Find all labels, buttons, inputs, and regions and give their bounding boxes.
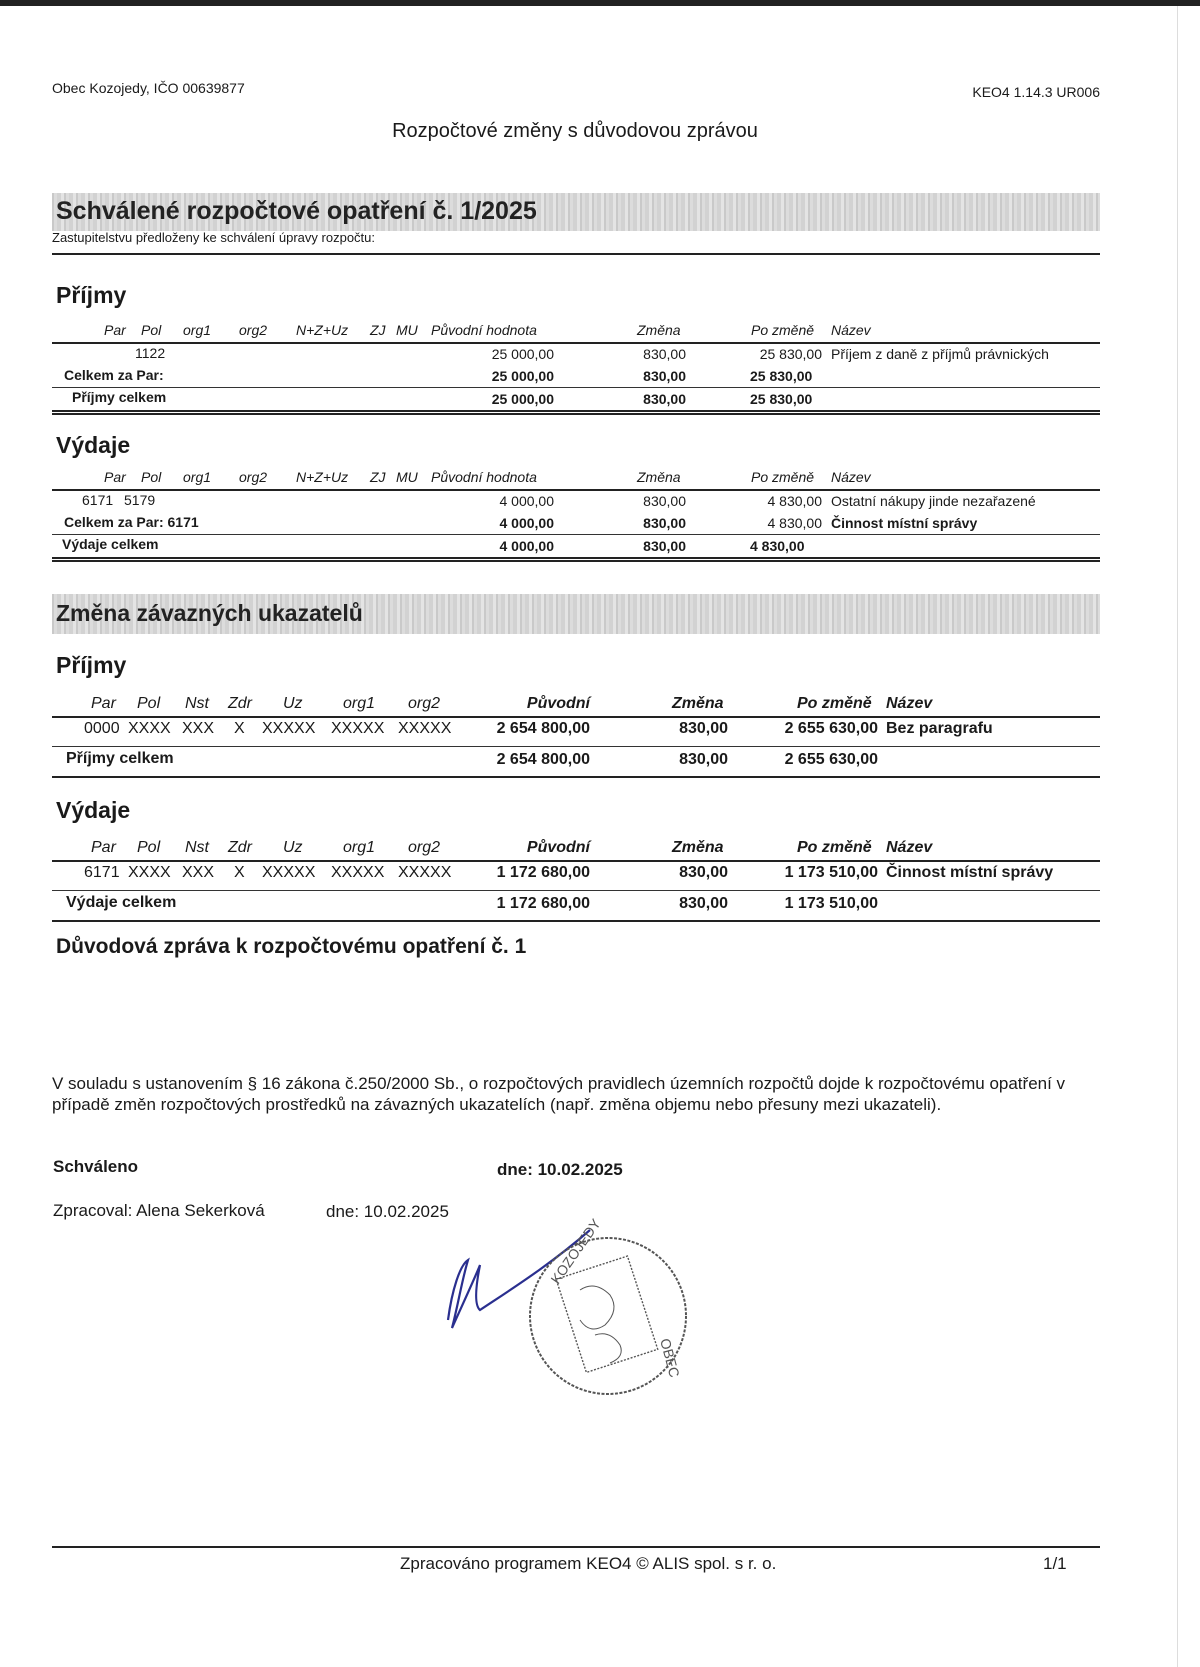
total-after: 25 830,00 [750,391,812,407]
cell-original: 25 000,00 [440,346,554,362]
measure-subtitle: Zastupitelstvu předloženy ke schválení ú… [52,230,375,245]
double-divider [52,557,1100,562]
cell-pol: 1122 [135,345,165,361]
col-nst: Nst [185,839,209,857]
cell-original: 4 000,00 [440,493,554,509]
col-nst: Nst [185,695,209,713]
total-original: 4 000,00 [440,538,554,554]
col-org2: org2 [239,469,267,485]
document-title: Rozpočtové změny s důvodovou zprávou [0,120,1150,143]
total-label: Výdaje celkem [66,894,176,912]
total-change: 830,00 [600,391,686,407]
total-change: 830,00 [620,751,728,769]
cell-original: 1 172 680,00 [460,864,590,882]
justification-text: V souladu s ustanovením § 16 zákona č.25… [52,1073,1102,1115]
col-par: Par [104,469,126,485]
col-original: Původní hodnota [431,322,537,338]
approved-label: Schváleno [53,1157,138,1177]
cell-name: Ostatní nákupy jinde nezařazené [831,493,1036,509]
col-nzuz: N+Z+Uz [296,469,348,485]
total-original: 2 654 800,00 [460,751,590,769]
col-name: Název [886,695,932,713]
page-number: 1/1 [1043,1554,1067,1574]
subtotal-change: 830,00 [600,368,686,384]
col-name: Název [831,469,871,485]
col-org2: org2 [408,839,440,857]
cell-zdr: X [234,720,245,738]
divider [52,489,1100,491]
cell-pol: 5179 [124,492,155,508]
cell-change: 830,00 [620,720,728,738]
cell-org1: XXXXX [331,720,384,738]
col-after: Po změně [797,839,872,857]
total-label: Výdaje celkem [62,536,159,552]
col-name: Název [831,322,871,338]
col-change: Změna [637,469,681,485]
cell-uz: XXXXX [262,720,315,738]
col-pol: Pol [137,839,160,857]
subtotal-label: Celkem za Par: 6171 [64,514,199,530]
cell-original: 2 654 800,00 [460,720,590,738]
footer-generated-by: Zpracováno programem KEO4 © ALIS spol. s… [400,1554,776,1574]
col-change: Změna [637,322,681,338]
cell-nst: XXX [182,864,214,882]
cell-pol: XXXX [128,720,171,738]
col-after: Po změně [751,469,814,485]
cell-change: 830,00 [600,493,686,509]
col-pol: Pol [141,322,161,338]
col-org1: org1 [183,469,211,485]
col-mu: MU [396,322,418,338]
subtotal-original: 25 000,00 [440,368,554,384]
subtotal-after: 4 830,00 [720,515,822,531]
program-version: KEO4 1.14.3 UR006 [972,84,1100,100]
cell-pol: XXXX [128,864,171,882]
col-original: Původní [460,695,590,713]
cell-org1: XXXXX [331,864,384,882]
col-org1: org1 [343,839,375,857]
col-org1: org1 [343,695,375,713]
divider [52,890,1100,891]
cell-nst: XXX [182,720,214,738]
divider [52,860,1100,862]
indicators-title: Změna závazných ukazatelů [56,600,363,627]
col-pol: Pol [141,469,161,485]
total-original: 1 172 680,00 [460,895,590,913]
col-change: Změna [672,839,724,857]
col-org2: org2 [239,322,267,338]
subtotal-change: 830,00 [600,515,686,531]
scan-right-edge [1177,6,1178,1667]
cell-name: Příjem z daně z příjmů právnických [831,346,1049,362]
cell-par: 6171 [84,864,120,882]
svg-text:KOZOJEDY: KOZOJEDY [547,1215,604,1287]
cell-after: 4 830,00 [720,493,822,509]
divider [52,387,1100,388]
cell-org2: XXXXX [398,720,451,738]
col-zdr: Zdr [228,839,252,857]
indicators-expenses-heading: Výdaje [56,797,130,824]
stamp-icon: KOZOJEDY OBEC [530,1215,686,1394]
cell-name: Bez paragrafu [886,720,993,738]
col-pol: Pol [137,695,160,713]
col-nzuz: N+Z+Uz [296,322,348,338]
subtotal-label: Celkem za Par: [64,367,164,383]
divider [52,716,1100,718]
cell-change: 830,00 [600,346,686,362]
footer-divider [52,1546,1100,1548]
divider [52,746,1100,747]
cell-par: 6171 [82,492,113,508]
total-label: Příjmy celkem [66,750,174,768]
subtotal-after: 25 830,00 [750,368,812,384]
col-uz: Uz [283,839,303,857]
prepared-by: Zpracoval: Alena Sekerková [53,1201,265,1221]
cell-par: 0000 [84,720,120,738]
col-mu: MU [396,469,418,485]
col-par: Par [91,839,116,857]
cell-after: 1 173 510,00 [740,864,878,882]
col-name: Název [886,839,932,857]
divider [52,342,1100,344]
total-change: 830,00 [620,895,728,913]
col-after: Po změně [797,695,872,713]
cell-zdr: X [234,864,245,882]
col-org1: org1 [183,322,211,338]
col-zdr: Zdr [228,695,252,713]
col-change: Změna [672,695,724,713]
total-after: 1 173 510,00 [740,895,878,913]
divider [52,534,1100,535]
cell-after: 2 655 630,00 [740,720,878,738]
organization-name: Obec Kozojedy, IČO 00639877 [52,80,245,96]
subtotal-name: Činnost místní správy [831,515,977,531]
scan-top-edge [0,0,1200,6]
total-after: 4 830,00 [750,538,805,554]
prepared-date: dne: 10.02.2025 [326,1202,449,1222]
double-divider [52,410,1100,415]
cell-change: 830,00 [620,864,728,882]
cell-after: 25 830,00 [720,346,822,362]
col-zj: ZJ [370,322,386,338]
cell-name: Činnost místní správy [886,864,1053,882]
col-after: Po změně [751,322,814,338]
income-heading: Příjmy [56,282,126,309]
col-original: Původní hodnota [431,469,537,485]
approved-date: dne: 10.02.2025 [497,1160,623,1180]
total-label: Příjmy celkem [72,389,166,405]
cell-org2: XXXXX [398,864,451,882]
col-zj: ZJ [370,469,386,485]
divider [52,253,1100,255]
signature-and-stamp: KOZOJEDY OBEC [440,1210,710,1410]
total-after: 2 655 630,00 [740,751,878,769]
total-original: 25 000,00 [440,391,554,407]
divider [52,920,1100,922]
measure-title: Schválené rozpočtové opatření č. 1/2025 [56,197,537,226]
col-original: Původní [460,839,590,857]
cell-uz: XXXXX [262,864,315,882]
col-par: Par [104,322,126,338]
indicators-income-heading: Příjmy [56,652,126,679]
divider [52,776,1100,778]
subtotal-original: 4 000,00 [440,515,554,531]
total-change: 830,00 [600,538,686,554]
signature-icon [448,1230,590,1328]
col-par: Par [91,695,116,713]
expenses-heading: Výdaje [56,432,130,459]
col-org2: org2 [408,695,440,713]
col-uz: Uz [283,695,303,713]
justification-title: Důvodová zpráva k rozpočtovému opatření … [56,935,526,959]
